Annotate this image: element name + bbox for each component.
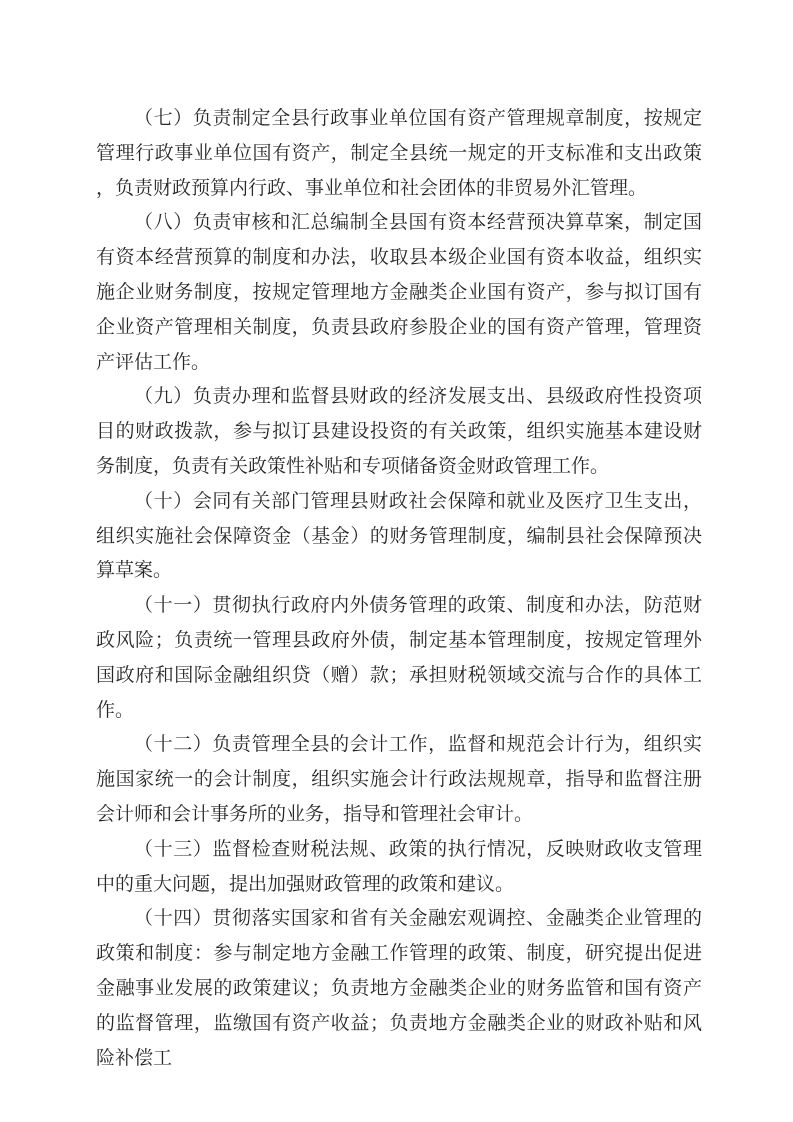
document-body: （七）负责制定全县行政事业单位国有资产管理规章制度，按规定管理行政事业单位国有资… [96,102,702,1076]
paragraph-item-11: （十一）贯彻执行政府内外债务管理的政策、制度和办法，防范财政风险；负责统一管理县… [96,589,702,728]
paragraph-item-13: （十三）监督检查财税法规、政策的执行情况，反映财政收支管理中的重大问题，提出加强… [96,833,702,903]
document-page: （七）负责制定全县行政事业单位国有资产管理规章制度，按规定管理行政事业单位国有资… [0,0,793,1122]
paragraph-item-14: （十四）贯彻落实国家和省有关金融宏观调控、金融类企业管理的政策和制度：参与制定地… [96,902,702,1076]
paragraph-item-9: （九）负责办理和监督县财政的经济发展支出、县级政府性投资项目的财政拨款，参与拟订… [96,380,702,484]
paragraph-item-12: （十二）负责管理全县的会计工作，监督和规范会计行为，组织实施国家统一的会计制度，… [96,728,702,832]
paragraph-item-10: （十）会同有关部门管理县财政社会保障和就业及医疗卫生支出，组织实施社会保障资金（… [96,485,702,589]
paragraph-item-7: （七）负责制定全县行政事业单位国有资产管理规章制度，按规定管理行政事业单位国有资… [96,102,702,206]
paragraph-item-8: （八）负责审核和汇总编制全县国有资本经营预决算草案，制定国有资本经营预算的制度和… [96,206,702,380]
